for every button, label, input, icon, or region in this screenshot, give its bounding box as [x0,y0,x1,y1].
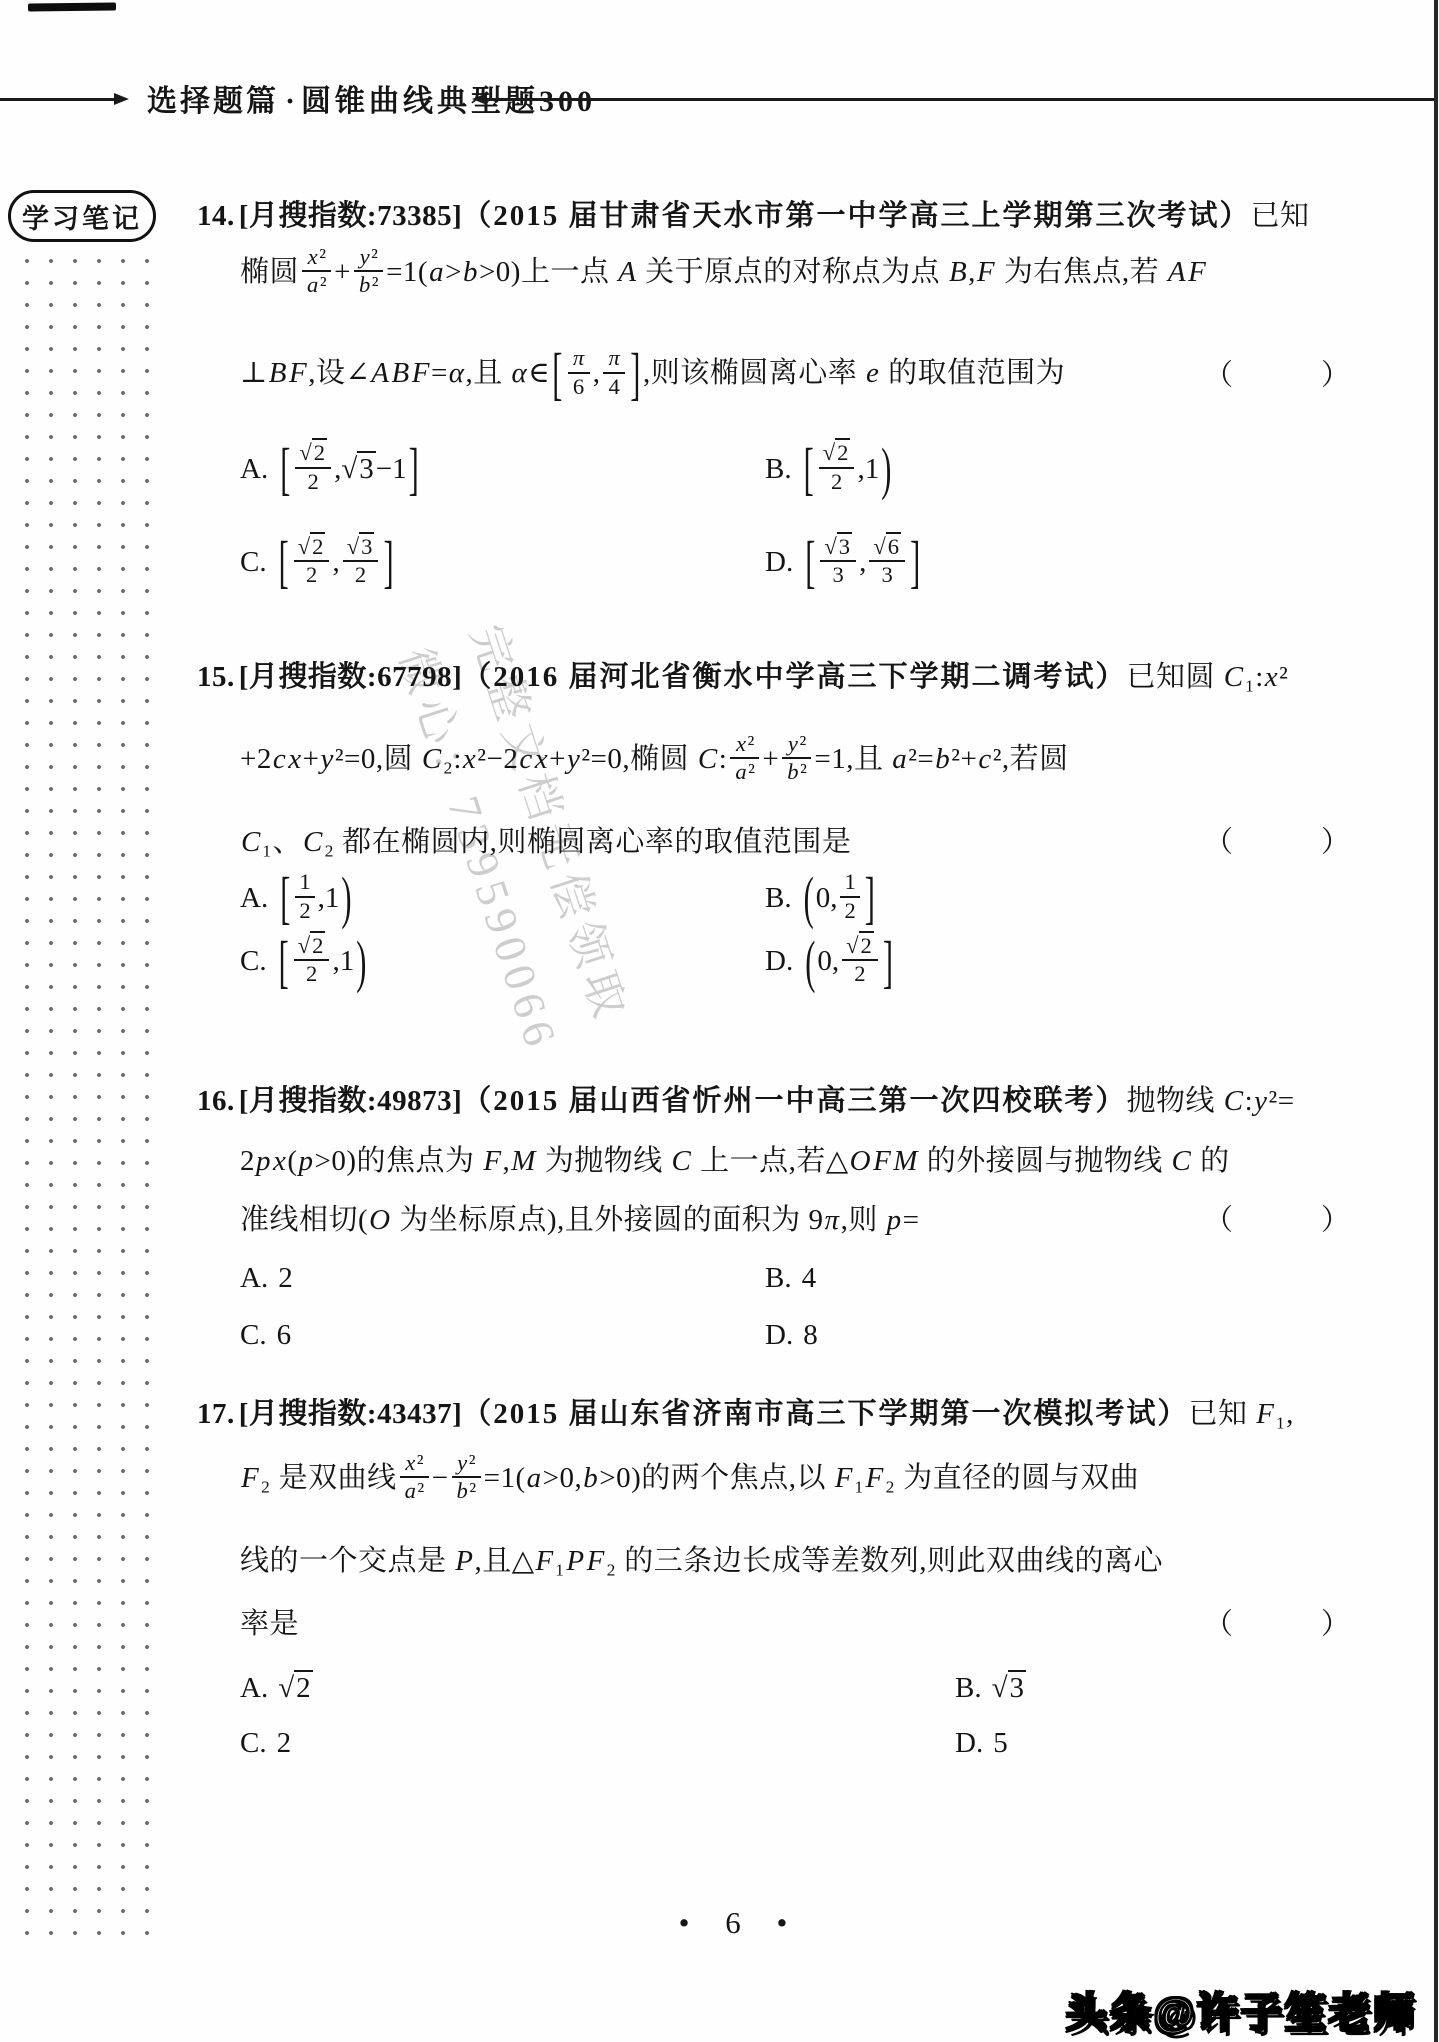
option-value: (0,√22] [803,945,895,977]
question-17: 17.[月搜指数:43437]（2015 届山东省济南市高三下学期第一次模拟考试… [240,1393,1415,1766]
option-value: [√33,√63] [803,546,922,578]
search-index-label: [月搜指数:73385] [239,200,462,232]
option-value: 2 [278,1262,293,1294]
question-text: 已知 [1251,200,1310,232]
option-value: 4 [802,1262,817,1294]
option-value: √3 [992,1670,1026,1704]
question-17-line: 率是（ ） [240,1603,1415,1647]
option-label: B. [955,1672,982,1704]
question-source: （2015 届山东省济南市高三下学期第一次模拟考试） [462,1398,1188,1430]
option-label: A. [240,1262,268,1294]
question-16-options-row: A.2B.4 [240,1257,1415,1301]
option-value: 5 [993,1727,1008,1759]
question-14-line: 14.[月搜指数:73385]（2015 届甘肃省天水市第一中学高三上学期第三次… [240,195,1415,239]
question-source: （2015 届甘肃省天水市第一中学高三上学期第三次考试） [462,200,1250,232]
option-value: √2 [278,1670,312,1704]
question-15-line: +2cx+y²=0,圆 C₂:x²−2cx+y²=0,椭圆 C:x²a²+y²b… [240,734,1415,789]
option-17-B: B.√3 [955,1667,1026,1711]
search-index-label: [月搜指数:67798] [239,661,462,693]
question-text: 率是 [240,1608,299,1640]
question-text: 已知 F₁, [1189,1398,1294,1430]
question-number: 14. [197,200,239,232]
search-index-label: [月搜指数:49873] [239,1085,462,1117]
question-14-options-row: A.[√22,√3−1]B.[√22,1) [240,443,1415,498]
option-value: 2 [277,1727,292,1759]
question-14-line: ⊥BF,设∠ABF=α,且 α∈[π6,π4],则该椭圆离心率 e 的取值范围为… [240,348,1415,403]
option-label: C. [240,1727,267,1759]
question-15: 15.[月搜指数:67798]（2016 届河北省衡水中学高三下学期二调考试）已… [240,656,1415,991]
question-source: （2016 届河北省衡水中学高三下学期二调考试） [462,661,1126,693]
answer-blank: （ ） [1204,1199,1360,1243]
option-label: C. [240,1319,267,1351]
option-value: [12,1) [278,882,353,914]
answer-blank: （ ） [1204,1603,1360,1647]
question-16: 16.[月搜指数:49873]（2015 届山西省忻州一中高三第一次四校联考）抛… [240,1080,1415,1358]
option-16-C: C.6 [240,1314,765,1358]
option-label: B. [765,1262,792,1294]
option-label: D. [765,546,793,578]
option-15-A: A.[12,1) [240,872,765,927]
question-text: 椭圆x²a²+y²b²=1(a>b>0)上一点 A 关于原点的对称点为点 B,F… [240,256,1207,288]
option-value: [√22,1) [277,945,369,977]
option-15-C: C.[√22,1) [240,936,765,991]
question-15-options-row: A.[12,1)B.(0,12] [240,872,1415,927]
option-value: (0,12] [802,882,877,914]
question-text: +2cx+y²=0,圆 C₂:x²−2cx+y²=0,椭圆 C:x²a²+y²b… [240,743,1069,775]
option-label: A. [240,882,268,914]
option-label: B. [765,882,792,914]
answer-blank: （ ） [1204,821,1360,865]
option-label: B. [765,453,792,485]
question-14: 14.[月搜指数:73385]（2015 届甘肃省天水市第一中学高三上学期第三次… [240,195,1415,592]
option-label: C. [240,546,267,578]
question-16-line: 16.[月搜指数:49873]（2015 届山西省忻州一中高三第一次四校联考）抛… [240,1080,1415,1124]
question-15-options-row: C.[√22,1)D.(0,√22] [240,936,1415,991]
question-number: 15. [197,661,239,693]
question-text: F₂ 是双曲线x²a²−y²b²=1(a>0,b>0)的两个焦点,以 F₁F₂ … [240,1462,1139,1494]
question-17-options-row: A.√2B.√3 [240,1667,1415,1711]
option-label: C. [240,945,267,977]
question-16-line: 2px(p>0)的焦点为 F,M 为抛物线 C 上一点,若△OFM 的外接圆与抛… [240,1140,1415,1184]
option-14-B: B.[√22,1) [765,443,893,498]
option-14-C: C.[√22,√32] [240,537,765,592]
question-text: ⊥BF,设∠ABF=α,且 α∈[π6,π4],则该椭圆离心率 e 的取值范围为 [240,357,1065,389]
question-text: 已知圆 C₁:x² [1127,661,1289,693]
option-16-A: A.2 [240,1257,765,1301]
question-number: 16. [197,1085,239,1117]
question-text: 抛物线 C:y²= [1127,1085,1295,1117]
questions-area: 14.[月搜指数:73385]（2015 届甘肃省天水市第一中学高三上学期第三次… [0,0,1439,2042]
question-text: 2px(p>0)的焦点为 F,M 为抛物线 C 上一点,若△OFM 的外接圆与抛… [240,1145,1230,1177]
option-14-A: A.[√22,√3−1] [240,443,765,498]
question-16-line: 准线相切(O 为坐标原点),且外接圆的面积为 9π,则 p=（ ） [240,1199,1415,1243]
question-15-line: C₁、C₂ 都在椭圆内,则椭圆离心率的取值范围是（ ） [240,821,1415,865]
option-value: 6 [277,1319,292,1351]
question-text: C₁、C₂ 都在椭圆内,则椭圆离心率的取值范围是 [240,826,851,858]
question-17-line: 17.[月搜指数:43437]（2015 届山东省济南市高三下学期第一次模拟考试… [240,1393,1415,1437]
option-label: D. [765,1319,793,1351]
option-value: 8 [803,1319,818,1351]
option-label: A. [240,453,268,485]
textbook-page: 选择题篇·圆锥曲线典型题300 学习笔记 完整文档无偿领取 微心：7395900… [0,0,1439,2042]
option-15-B: B.(0,12] [765,872,877,927]
option-value: [√22,1) [802,453,894,485]
question-16-options-row: C.6D.8 [240,1314,1415,1358]
question-14-line: 椭圆x²a²+y²b²=1(a>b>0)上一点 A 关于原点的对称点为点 B,F… [240,247,1415,302]
option-16-D: D.8 [765,1314,818,1358]
search-index-label: [月搜指数:43437] [239,1398,462,1430]
option-15-D: D.(0,√22] [765,936,895,991]
option-17-D: D.5 [955,1722,1008,1766]
question-15-line: 15.[月搜指数:67798]（2016 届河北省衡水中学高三下学期二调考试）已… [240,656,1415,700]
option-label: A. [240,1672,268,1704]
question-17-line: 线的一个交点是 P,且△F₁PF₂ 的三条边长成等差数列,则此双曲线的离心 [240,1540,1415,1584]
question-17-line: F₂ 是双曲线x²a²−y²b²=1(a>0,b>0)的两个焦点,以 F₁F₂ … [240,1453,1415,1508]
option-label: D. [955,1727,983,1759]
option-17-A: A.√2 [240,1667,955,1711]
option-value: [√22,√3−1] [278,453,421,485]
option-14-D: D.[√33,√63] [765,537,922,592]
option-16-B: B.4 [765,1257,816,1301]
option-value: [√22,√32] [277,546,396,578]
option-label: D. [765,945,793,977]
question-text: 线的一个交点是 P,且△F₁PF₂ 的三条边长成等差数列,则此双曲线的离心 [240,1545,1163,1577]
question-source: （2015 届山西省忻州一中高三第一次四校联考） [462,1085,1126,1117]
question-17-options-row: C.2D.5 [240,1722,1415,1766]
option-17-C: C.2 [240,1722,955,1766]
question-number: 17. [197,1398,239,1430]
question-text: 准线相切(O 为坐标原点),且外接圆的面积为 9π,则 p= [240,1204,919,1236]
answer-blank: （ ） [1204,354,1360,398]
question-14-options-row: C.[√22,√32]D.[√33,√63] [240,537,1415,592]
